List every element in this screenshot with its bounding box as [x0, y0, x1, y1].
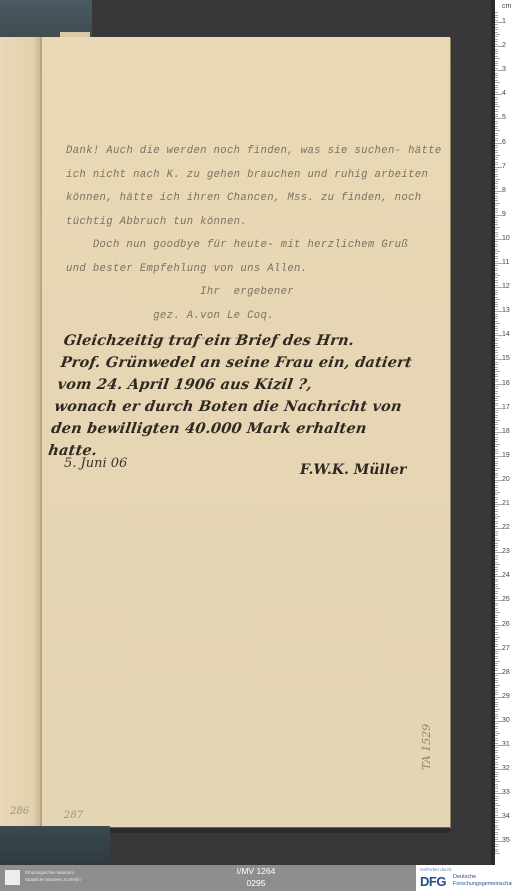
ruler-tick — [495, 458, 498, 459]
ruler-tick — [495, 359, 502, 360]
ruler-tick — [495, 533, 498, 534]
ruler-tick — [495, 437, 498, 438]
ruler-tick — [495, 164, 498, 165]
ruler-tick — [495, 490, 498, 491]
ruler-tick — [495, 330, 498, 331]
book-cover-bottom — [0, 826, 110, 865]
ruler-tick — [495, 309, 498, 310]
ruler-tick — [495, 343, 498, 344]
scanned-document-image: mühsamleerenhtlich,e Anzahlerwartenhr ac… — [0, 0, 490, 865]
ruler-tick — [495, 294, 498, 295]
ruler-tick — [495, 205, 498, 206]
ruler-tick — [495, 256, 498, 257]
ruler-tick — [495, 297, 498, 298]
ruler-tick — [495, 502, 498, 503]
ruler-label: 35 — [502, 837, 510, 844]
ruler-tick — [495, 699, 498, 700]
ruler-tick — [495, 812, 498, 813]
handwritten-line: den bewilligten 40.000 Mark erhalten — [50, 418, 404, 440]
ruler-tick — [495, 641, 498, 642]
ruler-tick — [495, 150, 498, 151]
ruler-tick — [495, 545, 498, 546]
ruler-tick — [495, 87, 498, 88]
ruler-tick — [495, 591, 498, 592]
ruler-tick — [495, 229, 498, 230]
ruler-tick — [495, 829, 500, 830]
ruler-tick — [495, 323, 500, 324]
ruler-tick — [495, 121, 498, 122]
ruler-tick — [495, 735, 498, 736]
ruler-tick — [495, 552, 502, 553]
ruler-tick — [495, 680, 498, 681]
ruler-tick — [495, 634, 498, 635]
ruler-tick — [495, 174, 498, 175]
ruler-label: 31 — [502, 741, 510, 748]
ruler-tick — [495, 521, 498, 522]
ruler-tick — [495, 827, 498, 828]
ruler-tick — [495, 555, 498, 556]
handwritten-line: Prof. Grünwedel an seine Frau ein, datie… — [59, 352, 413, 374]
ruler-tick — [495, 605, 498, 606]
ruler-tick — [495, 690, 498, 691]
ruler-label: 34 — [502, 813, 510, 820]
ruler-tick — [495, 167, 502, 168]
funded-by-label: Gefördert durch — [420, 867, 452, 872]
ruler-tick — [495, 567, 498, 568]
ruler-tick — [495, 540, 500, 541]
ruler-tick — [495, 499, 498, 500]
ruler-tick — [495, 89, 498, 90]
ruler-tick — [495, 340, 498, 341]
ruler-tick — [495, 610, 498, 611]
ruler-tick — [495, 143, 502, 144]
ruler-tick — [495, 391, 498, 392]
ruler-tick — [495, 374, 498, 375]
ruler-tick — [495, 757, 500, 758]
ruler-tick — [495, 711, 498, 712]
ruler-label: 19 — [502, 452, 510, 459]
ruler-tick — [495, 772, 498, 773]
ruler-tick — [495, 543, 498, 544]
ruler-tick — [495, 834, 498, 835]
ruler-tick — [495, 497, 498, 498]
ruler-tick — [495, 290, 498, 291]
ruler-tick — [495, 559, 498, 560]
ruler-tick — [495, 424, 498, 425]
ruler-tick — [495, 825, 498, 826]
ruler-tick — [495, 210, 498, 211]
ruler-tick — [495, 246, 498, 247]
ruler-tick — [495, 767, 498, 768]
ruler-tick — [495, 798, 498, 799]
ruler-tick — [495, 562, 498, 563]
ruler-tick — [495, 670, 498, 671]
dfg-name: Deutsche Forschungsgemeinschaft — [453, 874, 512, 888]
ruler-tick — [495, 34, 500, 35]
ruler-tick — [495, 706, 498, 707]
ruler-tick — [495, 446, 498, 447]
ruler-tick — [495, 58, 500, 59]
ruler-tick — [495, 328, 498, 329]
ruler-tick — [495, 593, 498, 594]
handwritten-date: 5. Juni 06 — [64, 456, 127, 471]
ruler-tick — [495, 793, 502, 794]
ruler-tick — [495, 461, 498, 462]
ruler-tick — [495, 791, 498, 792]
ruler-tick — [495, 723, 498, 724]
ruler-tick — [495, 480, 502, 481]
typed-line: Dank! Auch die werden noch finden, was s… — [66, 140, 442, 164]
ruler-tick — [495, 61, 498, 62]
ruler-tick — [495, 451, 498, 452]
ruler-tick — [495, 265, 498, 266]
ruler-label: 1 — [502, 18, 506, 25]
ruler-tick — [495, 224, 498, 225]
ruler-tick — [495, 538, 498, 539]
ruler-tick — [495, 258, 498, 259]
ruler-tick — [495, 494, 498, 495]
ruler-label: 2 — [502, 42, 506, 49]
ruler-tick — [495, 388, 498, 389]
ruler-tick — [495, 232, 498, 233]
ruler-tick — [495, 39, 498, 40]
ruler-tick — [495, 750, 498, 751]
ruler-tick — [495, 32, 498, 33]
ruler-label: 12 — [502, 283, 510, 290]
ruler-tick — [495, 627, 498, 628]
page-number-left: 286 — [10, 806, 29, 817]
ruler-tick — [495, 369, 498, 370]
ruler-tick — [495, 239, 502, 240]
ruler-tick — [495, 417, 498, 418]
ruler-tick — [495, 292, 498, 293]
ruler-tick — [495, 350, 498, 351]
ruler-tick — [495, 851, 498, 852]
ruler-tick — [495, 839, 498, 840]
ruler-label: 30 — [502, 717, 510, 724]
ruler-tick — [495, 215, 502, 216]
ruler-tick — [495, 145, 498, 146]
handwritten-signature: F.W.K. Müller — [300, 462, 406, 478]
ruler-tick — [495, 682, 498, 683]
ruler-tick — [495, 709, 500, 710]
ruler-tick — [495, 738, 498, 739]
ruler-tick — [495, 441, 498, 442]
ruler-tick — [495, 444, 500, 445]
ruler-tick — [495, 832, 498, 833]
ruler-tick — [495, 632, 498, 633]
ruler-tick — [495, 663, 498, 664]
ruler-tick — [495, 846, 498, 847]
ruler-label: 9 — [502, 211, 506, 218]
ruler-tick — [495, 557, 498, 558]
ruler-tick — [495, 731, 498, 732]
ruler-tick — [495, 579, 498, 580]
ruler-tick — [495, 665, 498, 666]
handwritten-note: Gleichzeitig traf ein Brief des Hrn.Prof… — [47, 330, 417, 462]
ruler-tick — [495, 692, 498, 693]
ruler-tick — [495, 253, 498, 254]
ruler-tick — [495, 116, 498, 117]
ruler-tick — [495, 535, 498, 536]
ruler-tick — [495, 280, 498, 281]
ruler-label: 32 — [502, 765, 510, 772]
ruler-label: 27 — [502, 645, 510, 652]
ruler-tick — [495, 123, 498, 124]
ruler-tick — [495, 261, 498, 262]
ruler-tick — [495, 463, 498, 464]
ruler-tick — [495, 92, 498, 93]
ruler-tick — [495, 51, 498, 52]
ruler-tick — [495, 393, 498, 394]
ruler-tick — [495, 808, 498, 809]
ruler-tick — [495, 415, 498, 416]
ruler-tick — [495, 837, 498, 838]
typed-line: können, hätte ich ihren Chancen, Mss. zu… — [66, 187, 442, 211]
ruler-tick — [495, 432, 502, 433]
ruler-tick — [495, 622, 498, 623]
ruler-label: 8 — [502, 187, 506, 194]
ruler-tick — [495, 181, 498, 182]
ruler-label: 29 — [502, 693, 510, 700]
ruler-tick — [495, 104, 498, 105]
ruler-tick — [495, 598, 498, 599]
ruler-tick — [495, 128, 498, 129]
page-shadow — [110, 827, 450, 833]
ruler-tick — [495, 114, 498, 115]
ruler-tick — [495, 596, 498, 597]
ruler-tick — [495, 236, 498, 237]
ruler-tick — [495, 564, 500, 565]
ruler-tick — [495, 273, 498, 274]
ruler-tick — [495, 453, 498, 454]
ruler-tick — [495, 400, 498, 401]
ruler-tick — [495, 810, 498, 811]
ruler-tick — [495, 157, 498, 158]
ruler-tick — [495, 475, 498, 476]
ruler-tick — [495, 362, 498, 363]
ruler-tick — [495, 203, 500, 204]
ruler-tick — [495, 434, 498, 435]
ruler-label: 28 — [502, 669, 510, 676]
ruler-tick — [495, 658, 498, 659]
ruler-tick — [495, 268, 498, 269]
ruler-tick — [495, 94, 502, 95]
ruler-tick — [495, 762, 498, 763]
ruler-tick — [495, 220, 498, 221]
dfg-mark-icon: DFG — [420, 874, 446, 889]
ruler-tick — [495, 133, 498, 134]
dfg-name-line-2: Forschungsgemeinschaft — [453, 881, 512, 888]
ruler-tick — [495, 477, 498, 478]
ruler-label: 23 — [502, 548, 510, 555]
ruler-tick — [495, 326, 498, 327]
ruler-tick — [495, 805, 500, 806]
ruler-tick — [495, 17, 498, 18]
ruler-tick — [495, 702, 498, 703]
ruler-tick — [495, 384, 502, 385]
ruler-tick — [495, 379, 498, 380]
ruler-tick — [495, 12, 498, 13]
ruler-tick — [495, 155, 500, 156]
ruler-tick — [495, 473, 498, 474]
ruler-tick — [495, 36, 498, 37]
ruler-tick — [495, 518, 498, 519]
ruler-tick — [495, 439, 498, 440]
ruler-tick — [495, 547, 498, 548]
ruler-tick — [495, 608, 498, 609]
ruler-label: 22 — [502, 524, 510, 531]
ruler-tick — [495, 335, 502, 336]
ruler-tick — [495, 586, 498, 587]
ruler-tick — [495, 528, 502, 529]
ruler-tick — [495, 27, 498, 28]
ruler-tick — [495, 747, 498, 748]
ruler-tick — [495, 776, 498, 777]
ruler-tick — [495, 714, 498, 715]
ruler-tick — [495, 287, 502, 288]
ruler-tick — [495, 429, 498, 430]
ruler-tick — [495, 786, 498, 787]
ruler-tick — [495, 46, 502, 47]
ruler-tick — [495, 516, 500, 517]
ruler-tick — [495, 784, 498, 785]
ruler-tick — [495, 398, 498, 399]
ruler-tick — [495, 277, 498, 278]
ruler-label: 13 — [502, 307, 510, 314]
ruler-tick — [495, 364, 498, 365]
ruler-tick — [495, 193, 498, 194]
ruler-tick — [495, 371, 500, 372]
ruler-label: 6 — [502, 139, 506, 146]
ruler-tick — [495, 796, 498, 797]
ruler-tick — [495, 65, 498, 66]
ruler-tick — [495, 629, 498, 630]
ruler-tick — [495, 661, 500, 662]
ruler-tick — [495, 769, 502, 770]
ruler-label: 24 — [502, 572, 510, 579]
ruler-tick — [495, 68, 498, 69]
ruler-label: 7 — [502, 163, 506, 170]
ruler-tick — [495, 617, 498, 618]
ruler-tick — [495, 465, 498, 466]
ruler-tick — [495, 685, 500, 686]
ruler-tick — [495, 653, 498, 654]
ruler-tick — [495, 408, 502, 409]
ruler-tick — [495, 803, 498, 804]
ruler-tick — [495, 581, 498, 582]
typed-line: ich nicht nach K. zu gehen brauchen und … — [66, 164, 442, 188]
ruler-tick — [495, 800, 498, 801]
dfg-logo: Gefördert durch DFG Deutsche Forschungsg… — [416, 865, 512, 891]
ruler-tick — [495, 644, 498, 645]
ruler-tick — [495, 514, 498, 515]
ruler-tick — [495, 615, 498, 616]
ruler-tick — [495, 304, 498, 305]
ruler-tick — [495, 314, 498, 315]
ruler-tick — [495, 612, 500, 613]
ruler-tick — [495, 338, 498, 339]
ruler-tick — [495, 526, 498, 527]
ruler-tick — [495, 191, 502, 192]
ruler-tick — [495, 212, 498, 213]
ruler-tick — [495, 345, 498, 346]
ruler-tick — [495, 198, 498, 199]
ruler-tick — [495, 468, 500, 469]
ruler-tick — [495, 20, 498, 21]
ruler-tick — [495, 183, 498, 184]
ruler-tick — [495, 376, 498, 377]
ruler-label: 18 — [502, 428, 510, 435]
ruler-tick — [495, 282, 498, 283]
ruler-tick — [495, 355, 498, 356]
ruler-tick — [495, 29, 498, 30]
ruler-label: 21 — [502, 500, 510, 507]
ruler-tick — [495, 75, 498, 76]
ruler-tick — [495, 41, 498, 42]
ruler-tick — [495, 506, 498, 507]
ruler-label: 5 — [502, 114, 506, 121]
ruler-tick — [495, 449, 498, 450]
ruler-tick — [495, 306, 498, 307]
ruler-tick — [495, 171, 498, 172]
typed-letter-text: Dank! Auch die werden noch finden, was s… — [66, 140, 442, 352]
ruler-tick — [495, 815, 498, 816]
left-page: mühsamleerenhtlich,e Anzahlerwartenhr ac… — [0, 37, 41, 827]
ruler-tick — [495, 456, 502, 457]
ruler-tick — [495, 531, 498, 532]
ruler-tick — [495, 311, 502, 312]
ruler-tick — [495, 318, 498, 319]
ruler-tick — [495, 53, 498, 54]
ruler-label: 15 — [502, 355, 510, 362]
handwritten-line: vom 24. April 1906 aus Kizil ?, — [56, 374, 410, 396]
ruler-tick — [495, 138, 498, 139]
ruler-tick — [495, 844, 498, 845]
ruler-label: 25 — [502, 596, 510, 603]
ruler-tick — [495, 740, 498, 741]
ruler-label: 14 — [502, 331, 510, 338]
typed-line: Doch nun goodbye für heute- mit herzlich… — [66, 234, 442, 258]
ruler-tick — [495, 109, 498, 110]
ruler-tick — [495, 56, 498, 57]
typed-line: und bester Empfehlung von uns Allen. — [66, 258, 442, 282]
ruler-tick — [495, 222, 498, 223]
ruler-tick — [495, 234, 498, 235]
ruler-tick — [495, 755, 498, 756]
ruler-tick — [495, 126, 498, 127]
ruler-tick — [495, 347, 500, 348]
ruler-tick — [495, 509, 498, 510]
ruler-tick — [495, 208, 498, 209]
ruler-tick — [495, 588, 500, 589]
ruler-tick — [495, 733, 500, 734]
ruler-tick — [495, 651, 498, 652]
ruler-tick — [495, 571, 498, 572]
ruler-label: 17 — [502, 404, 510, 411]
ruler-tick — [495, 849, 498, 850]
ruler-tick — [495, 169, 498, 170]
ruler-tick — [495, 550, 498, 551]
ruler-tick — [495, 523, 498, 524]
ruler-label: 16 — [502, 380, 510, 387]
ruler-tick — [495, 152, 498, 153]
ruler-tick — [495, 147, 498, 148]
ruler-tick — [495, 726, 498, 727]
ruler-tick — [495, 482, 498, 483]
ruler-tick — [495, 584, 498, 585]
ruler-tick — [495, 745, 502, 746]
